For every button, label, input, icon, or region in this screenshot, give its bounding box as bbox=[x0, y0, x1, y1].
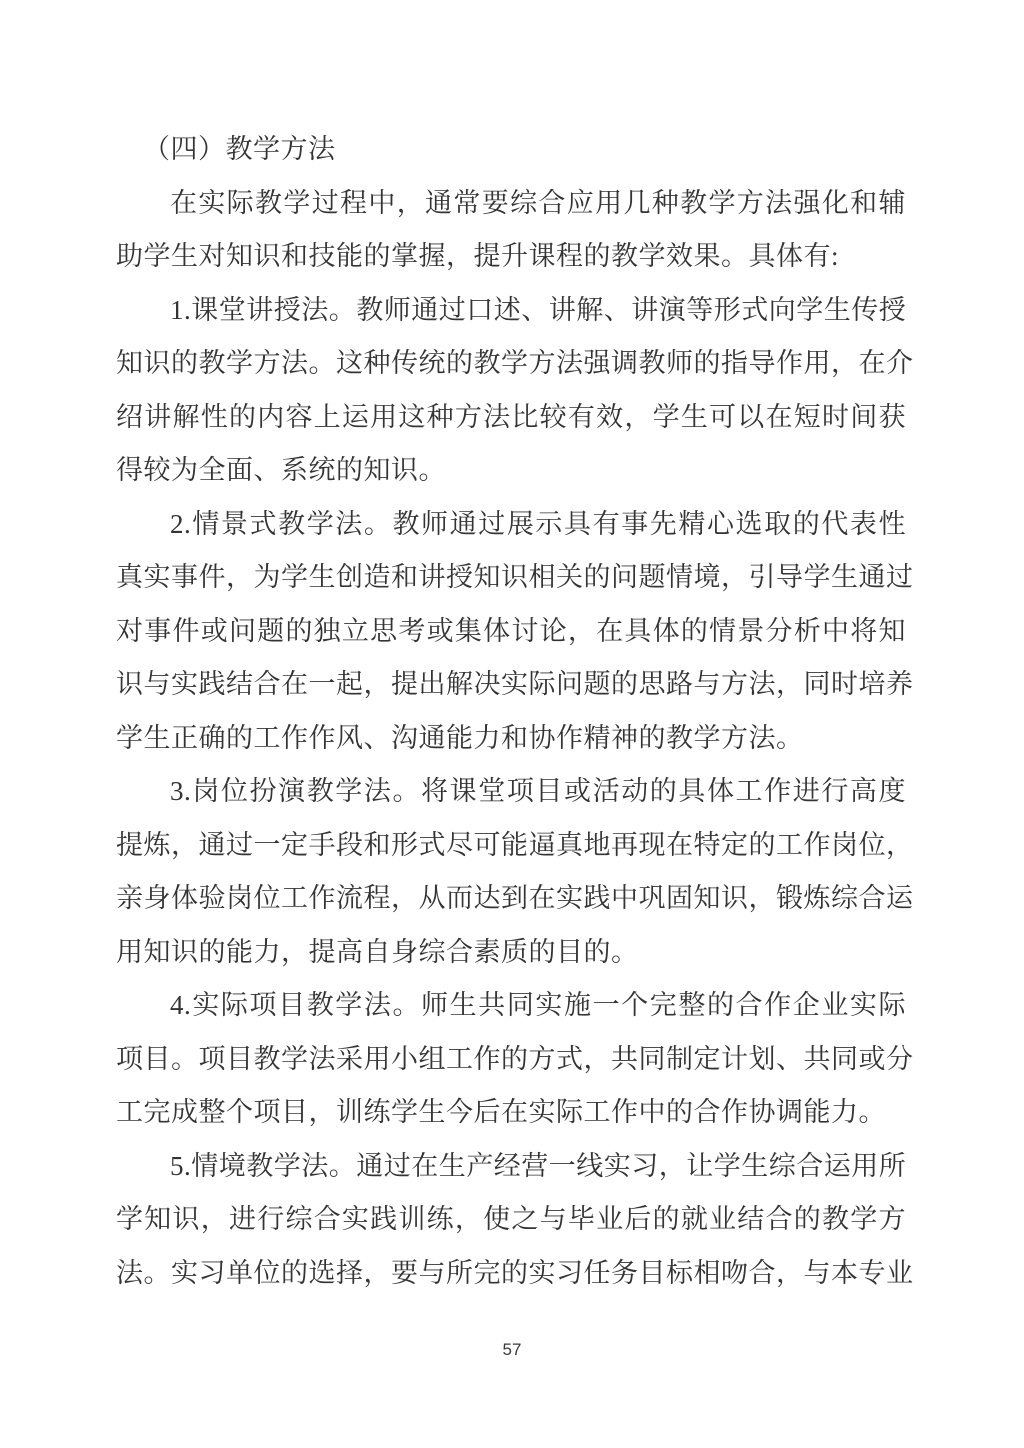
paragraph-line: 对事件或问题的独立思考或集体讨论，在具体的情景分析中将知 bbox=[116, 605, 906, 659]
paragraph-line: 在实际教学过程中，通常要综合应用几种教学方法强化和辅 bbox=[116, 177, 906, 231]
paragraph-line: 法。实习单位的选择，要与所完的实习任务目标相吻合，与本专业 bbox=[116, 1247, 906, 1301]
paragraph-line: 3.岗位扮演教学法。将课堂项目或活动的具体工作进行高度 bbox=[116, 765, 906, 819]
paragraph: 在实际教学过程中，通常要综合应用几种教学方法强化和辅助学生对知识和技能的掌握，提… bbox=[116, 177, 906, 284]
paragraph-line: 2.情景式教学法。教师通过展示具有事先精心选取的代表性 bbox=[116, 498, 906, 552]
paragraph: 4.实际项目教学法。师生共同实施一个完整的合作企业实际项目。项目教学法采用小组工… bbox=[116, 979, 906, 1140]
paragraphs: 在实际教学过程中，通常要综合应用几种教学方法强化和辅助学生对知识和技能的掌握，提… bbox=[116, 177, 906, 1301]
page-number: 57 bbox=[0, 1340, 1024, 1360]
paragraph-line: 工完成整个项目，训练学生今后在实际工作中的合作协调能力。 bbox=[116, 1086, 906, 1140]
paragraph-line: 得较为全面、系统的知识。 bbox=[116, 444, 906, 498]
paragraph: 1.课堂讲授法。教师通过口述、讲解、讲演等形式向学生传授知识的教学方法。这种传统… bbox=[116, 284, 906, 498]
paragraph-line: 提炼，通过一定手段和形式尽可能逼真地再现在特定的工作岗位， bbox=[116, 819, 906, 873]
paragraph-line: 助学生对知识和技能的掌握，提升课程的教学效果。具体有: bbox=[116, 230, 906, 284]
paragraph-line: 用知识的能力，提高自身综合素质的目的。 bbox=[116, 926, 906, 980]
paragraph-line: 项目。项目教学法采用小组工作的方式，共同制定计划、共同或分 bbox=[116, 1033, 906, 1087]
paragraph: 2.情景式教学法。教师通过展示具有事先精心选取的代表性真实事件，为学生创造和讲授… bbox=[116, 498, 906, 766]
section-heading: （四）教学方法 bbox=[116, 123, 906, 177]
paragraph-line: 知识的教学方法。这种传统的教学方法强调教师的指导作用，在介 bbox=[116, 337, 906, 391]
paragraph-line: 学知识，进行综合实践训练，使之与毕业后的就业结合的教学方 bbox=[116, 1193, 906, 1247]
paragraph-line: 识与实践结合在一起，提出解决实际问题的思路与方法，同时培养 bbox=[116, 658, 906, 712]
paragraph-line: 绍讲解性的内容上运用这种方法比较有效，学生可以在短时间获 bbox=[116, 391, 906, 445]
paragraph: 3.岗位扮演教学法。将课堂项目或活动的具体工作进行高度提炼，通过一定手段和形式尽… bbox=[116, 765, 906, 979]
paragraph-line: 亲身体验岗位工作流程，从而达到在实践中巩固知识，锻炼综合运 bbox=[116, 872, 906, 926]
paragraph-line: 真实事件，为学生创造和讲授知识相关的问题情境，引导学生通过 bbox=[116, 551, 906, 605]
paragraph-line: 5.情境教学法。通过在生产经营一线实习，让学生综合运用所 bbox=[116, 1140, 906, 1194]
paragraph-line: 4.实际项目教学法。师生共同实施一个完整的合作企业实际 bbox=[116, 979, 906, 1033]
paragraph: 5.情境教学法。通过在生产经营一线实习，让学生综合运用所学知识，进行综合实践训练… bbox=[116, 1140, 906, 1301]
document-body: （四）教学方法 在实际教学过程中，通常要综合应用几种教学方法强化和辅助学生对知识… bbox=[116, 123, 906, 1300]
paragraph-line: 1.课堂讲授法。教师通过口述、讲解、讲演等形式向学生传授 bbox=[116, 284, 906, 338]
document-page: （四）教学方法 在实际教学过程中，通常要综合应用几种教学方法强化和辅助学生对知识… bbox=[0, 0, 1024, 1448]
paragraph-line: 学生正确的工作作风、沟通能力和协作精神的教学方法。 bbox=[116, 712, 906, 766]
